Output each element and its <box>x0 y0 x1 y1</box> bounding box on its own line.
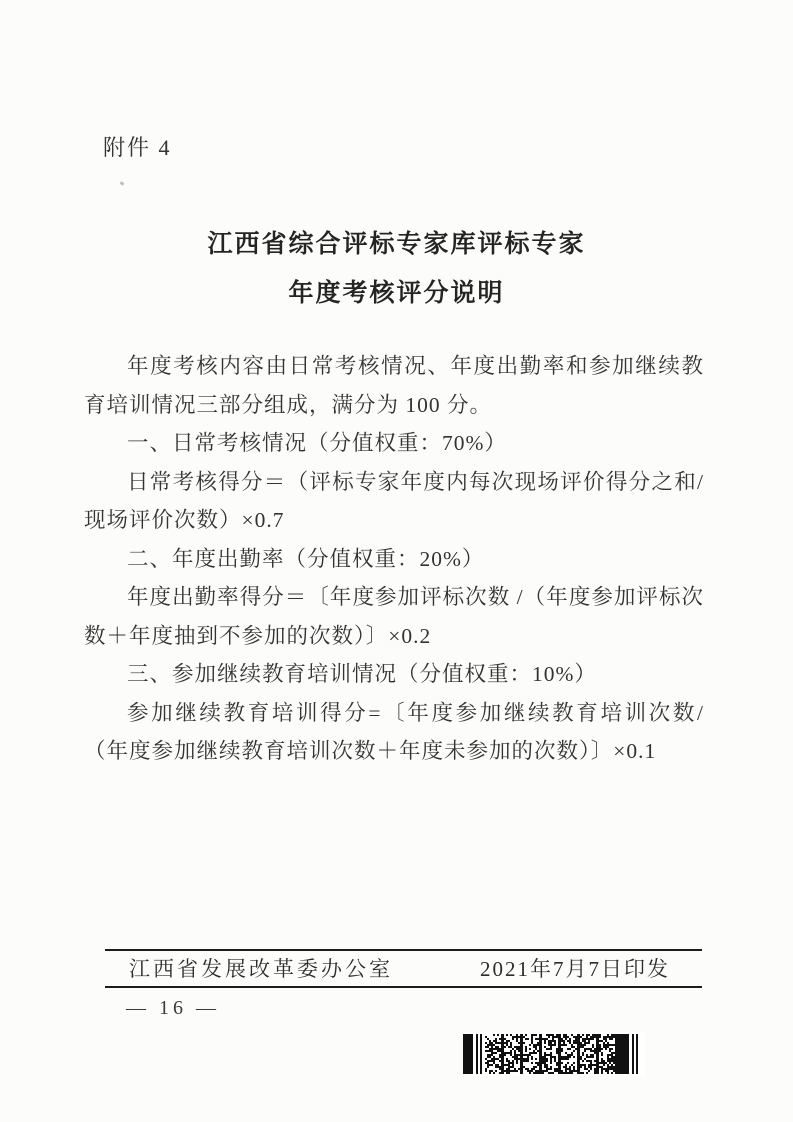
attachment-label: 附件 4 <box>103 131 172 162</box>
document-title-line1: 江西省综合评标专家库评标专家 <box>0 220 793 269</box>
document-page: 附件 4 江西省综合评标专家库评标专家 年度考核评分说明 年度考核内容由日常考核… <box>0 0 793 1122</box>
paragraph: 日常考核得分＝（评标专家年度内每次现场评价得分之和/现场评价次数）×0.7 <box>84 463 704 540</box>
page-number: — 16 — <box>126 997 220 1020</box>
footer-print-date: 2021年7月7日印发 <box>480 953 670 983</box>
paragraph: 三、参加继续教育培训情况（分值权重：10%） <box>84 655 704 694</box>
document-title-line2: 年度考核评分说明 <box>0 269 793 318</box>
footer-issuer: 江西省发展改革委办公室 <box>129 953 393 983</box>
paragraph: 参加继续教育培训得分=〔年度参加继续教育培训次数/（年度参加继续教育培训次数＋年… <box>84 694 704 771</box>
document-title: 江西省综合评标专家库评标专家 年度考核评分说明 <box>0 220 793 318</box>
scan-speck <box>120 181 125 186</box>
footer-rule-top <box>105 949 702 951</box>
body-text: 年度考核内容由日常考核情况、年度出勤率和参加继续教育培训情况三部分组成，满分为 … <box>84 347 704 771</box>
footer-rule-bottom <box>105 986 702 988</box>
paragraph: 二、年度出勤率（分值权重：20%） <box>84 540 704 579</box>
document-barcode-icon <box>463 1032 646 1076</box>
paragraph: 年度出勤率得分＝〔年度参加评标次数 /（年度参加评标次数＋年度抽到不参加的次数）… <box>84 578 704 655</box>
paragraph: 一、日常考核情况（分值权重：70%） <box>84 424 704 463</box>
paragraph: 年度考核内容由日常考核情况、年度出勤率和参加继续教育培训情况三部分组成，满分为 … <box>84 347 704 424</box>
